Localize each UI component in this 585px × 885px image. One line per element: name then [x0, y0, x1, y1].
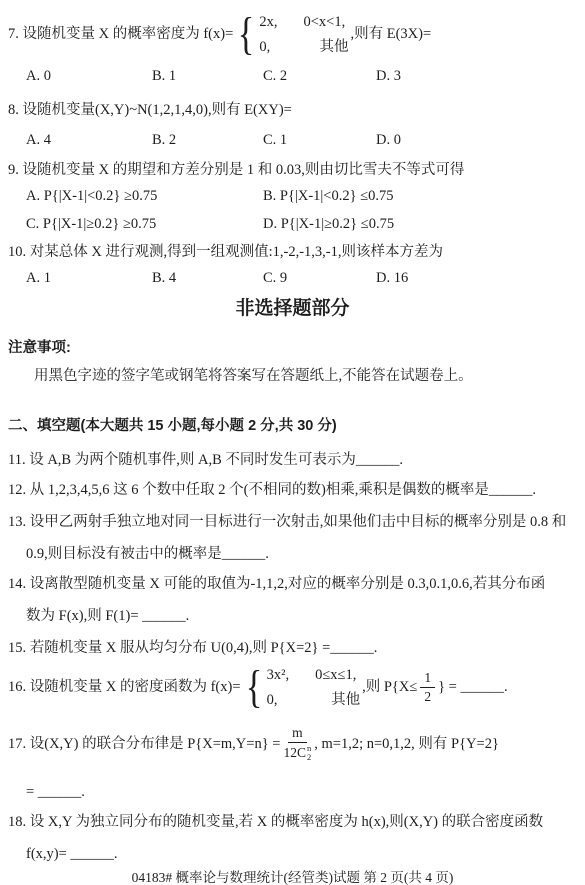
q16-case-cond-1: 0≤x≤1, [315, 666, 360, 684]
fill-question-18-line-1: 18. 设 X,Y 为独立同分布的随机变量,若 X 的概率密度为 h(x),则(… [8, 812, 577, 832]
option-7-d: D. 3 [376, 66, 401, 86]
subscript-2: 2 [307, 753, 311, 762]
combinatorial-sup-sub: n 2 [307, 744, 311, 763]
question-8-options: A. 4 B. 2 C. 1 D. 0 [8, 130, 577, 150]
fraction-denominator: 12C n 2 [283, 743, 311, 763]
piecewise-formula-q16: { 3x², 0≤x≤1, 0, 其他 [243, 662, 361, 712]
fraction-denominator: 2 [424, 688, 431, 705]
question-9: 9. 设随机变量 X 的期望和方差分别是 1 和 0.03,则由切比雪夫不等式可… [8, 160, 577, 180]
denominator-base: 12C [283, 745, 306, 761]
fill-question-18-line-2: f(x,y)= ______. [8, 844, 577, 864]
fill-question-12: 12. 从 1,2,3,4,5,6 这 6 个数中任取 2 个(不相同的数)相乘… [8, 480, 577, 500]
fill-section-header: 二、填空题(本大题共 15 小题,每小题 2 分,共 30 分) [8, 416, 577, 436]
option-9-b: B. P{|X-1|<0.2} ≤0.75 [263, 186, 394, 206]
question-16-stem: 16. 设随机变量 X 的密度函数为 f(x)= [8, 677, 241, 697]
option-10-c: C. 9 [263, 268, 376, 288]
question-7-options: A. 0 B. 1 C. 2 D. 3 [8, 66, 577, 86]
fill-question-17-line-2: = ______. [8, 782, 577, 802]
fill-question-16: 16. 设随机变量 X 的密度函数为 f(x)= { 3x², 0≤x≤1, 0… [8, 660, 577, 714]
fill-question-14-line-2: 数为 F(x),则 F(1)= ______. [8, 606, 577, 626]
option-10-b: B. 4 [152, 268, 263, 288]
question-10-options: A. 1 B. 4 C. 9 D. 16 [8, 268, 577, 288]
question-17-end: , m=1,2; n=0,1,2, 则有 P{Y=2} [314, 734, 499, 754]
fill-question-13-line-1: 13. 设甲乙两射手独立地对同一目标进行一次射击,如果他们击中目标的概率分别是 … [8, 512, 577, 532]
q16-case-expr-1: 3x², [267, 666, 289, 684]
exam-page: 7. 设随机变量 X 的概率密度为 f(x)= { 2x, 0<x<1, 0, … [0, 0, 585, 877]
fraction-one-half: 1 2 [420, 670, 435, 704]
question-7: 7. 设随机变量 X 的概率密度为 f(x)= { 2x, 0<x<1, 0, … [8, 8, 577, 60]
question-17-stem: 17. 设(X,Y) 的联合分布律是 P{X=m,Y=n} = [8, 734, 280, 754]
fill-question-14-line-1: 14. 设离散型随机变量 X 可能的取值为-1,1,2,对应的概率分别是 0.3… [8, 574, 577, 594]
question-8: 8. 设随机变量(X,Y)~N(1,2,1,4,0),则有 E(XY)= [8, 100, 577, 120]
q7-case-expr-2: 0, [259, 38, 277, 56]
option-9-d: D. P{|X-1|≥0.2} ≤0.75 [263, 214, 394, 234]
left-brace: { [238, 9, 255, 59]
option-8-b: B. 2 [152, 130, 263, 150]
option-9-c: C. P{|X-1|≥0.2} ≥0.75 [26, 214, 263, 234]
page-footer: 04183# 概率论与数理统计(经管类)试题 第 2 页(共 4 页) [8, 868, 577, 885]
option-10-a: A. 1 [26, 268, 152, 288]
question-9-options-row-2: C. P{|X-1|≥0.2} ≥0.75 D. P{|X-1|≥0.2} ≤0… [8, 214, 577, 234]
question-16-mid: ,则 P{X≤ [362, 677, 417, 697]
option-8-c: C. 1 [263, 130, 376, 150]
fill-question-15: 15. 若随机变量 X 服从均匀分布 U(0,4),则 P{X=2} =____… [8, 638, 577, 658]
fraction-numerator: m [288, 725, 307, 743]
q7-case-expr-1: 2x, [259, 13, 277, 31]
section-title: 非选择题部分 [8, 296, 577, 322]
piecewise-formula-q7: { 2x, 0<x<1, 0, 其他 [235, 9, 348, 59]
q16-case-cond-2: 其他 [315, 691, 360, 709]
notice-heading: 注意事项: [8, 338, 577, 358]
question-9-options-row-1: A. P{|X-1|<0.2} ≥0.75 B. P{|X-1|<0.2} ≤0… [8, 186, 577, 206]
notice-body: 用黑色字迹的签字笔或钢笔将答案写在答题纸上,不能答在试题卷上。 [8, 366, 577, 386]
left-brace: { [245, 662, 262, 712]
option-7-c: C. 2 [263, 66, 376, 86]
q7-case-cond-2: 其他 [303, 38, 348, 56]
fraction-numerator: 1 [420, 670, 435, 688]
option-8-d: D. 0 [376, 130, 401, 150]
q7-case-cond-1: 0<x<1, [303, 13, 348, 31]
question-7-stem: 7. 设随机变量 X 的概率密度为 f(x)= [8, 24, 233, 44]
option-7-b: B. 1 [152, 66, 263, 86]
fill-question-13-line-2: 0.9,则目标没有被击中的概率是______. [8, 544, 577, 564]
option-10-d: D. 16 [376, 268, 408, 288]
question-10: 10. 对某总体 X 进行观测,得到一组观测值:1,-2,-1,3,-1,则该样… [8, 242, 577, 262]
option-9-a: A. P{|X-1|<0.2} ≥0.75 [26, 186, 263, 206]
fraction-m-over-12C2n: m 12C n 2 [283, 725, 311, 762]
question-16-end: } = ______. [438, 677, 508, 697]
fill-question-11: 11. 设 A,B 为两个随机事件,则 A,B 不同时发生可表示为______. [8, 450, 577, 470]
q16-case-expr-2: 0, [267, 691, 289, 709]
option-8-a: A. 4 [26, 130, 152, 150]
option-7-a: A. 0 [26, 66, 152, 86]
question-7-stem-end: ,则有 E(3X)= [350, 24, 431, 44]
fill-question-17-line-1: 17. 设(X,Y) 的联合分布律是 P{X=m,Y=n} = m 12C n … [8, 724, 577, 764]
